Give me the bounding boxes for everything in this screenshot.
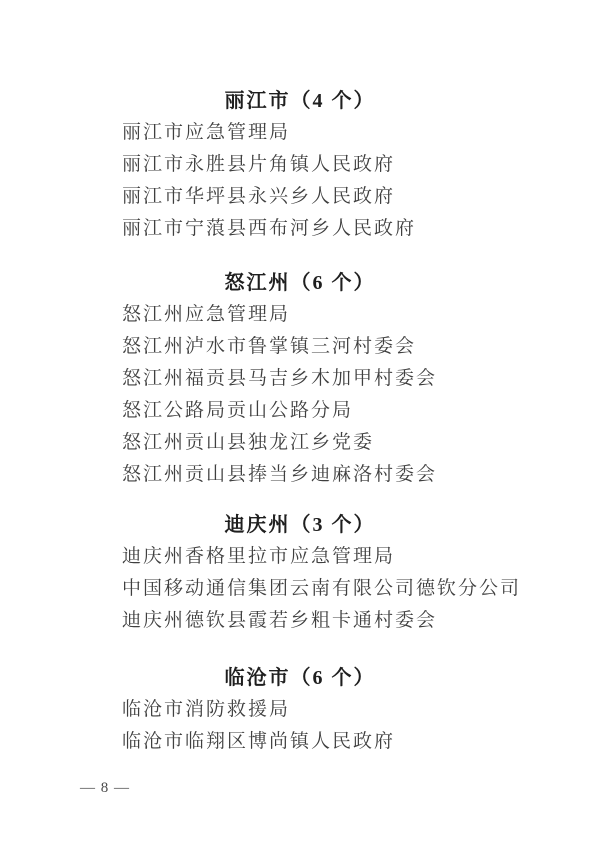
org-list-item: 迪庆州德钦县霞若乡粗卡通村委会 <box>122 605 600 637</box>
org-list: 临沧市消防救援局 临沧市临翔区博尚镇人民政府 <box>0 694 600 758</box>
org-list-item: 怒江公路局贡山公路分局 <box>122 395 600 427</box>
org-list-item: 临沧市临翔区博尚镇人民政府 <box>122 726 600 758</box>
org-list-item: 中国移动通信集团云南有限公司德钦分公司 <box>122 573 600 605</box>
section-lijiang: 丽江市（4 个） 丽江市应急管理局 丽江市永胜县片角镇人民政府 丽江市华坪县永兴… <box>0 85 600 245</box>
org-list-item: 丽江市应急管理局 <box>122 117 600 149</box>
section-title: 迪庆州（3 个） <box>0 509 600 541</box>
org-list-item: 临沧市消防救援局 <box>122 694 600 726</box>
section-nujiang: 怒江州（6 个） 怒江州应急管理局 怒江州泸水市鲁掌镇三河村委会 怒江州福贡县马… <box>0 267 600 491</box>
org-list: 迪庆州香格里拉市应急管理局 中国移动通信集团云南有限公司德钦分公司 迪庆州德钦县… <box>0 541 600 637</box>
org-list-item: 丽江市宁蒗县西布河乡人民政府 <box>122 213 600 245</box>
org-list-item: 怒江州福贡县马吉乡木加甲村委会 <box>122 363 600 395</box>
org-list-item: 丽江市华坪县永兴乡人民政府 <box>122 181 600 213</box>
org-list-item: 怒江州贡山县捧当乡迪麻洛村委会 <box>122 459 600 491</box>
org-list: 丽江市应急管理局 丽江市永胜县片角镇人民政府 丽江市华坪县永兴乡人民政府 丽江市… <box>0 117 600 245</box>
section-title: 怒江州（6 个） <box>0 267 600 299</box>
org-list-item: 怒江州应急管理局 <box>122 299 600 331</box>
org-list-item: 迪庆州香格里拉市应急管理局 <box>122 541 600 573</box>
section-title: 丽江市（4 个） <box>0 85 600 117</box>
page-number: — 8 — <box>80 778 600 798</box>
document-page: 丽江市（4 个） 丽江市应急管理局 丽江市永胜县片角镇人民政府 丽江市华坪县永兴… <box>0 0 600 848</box>
section-diqing: 迪庆州（3 个） 迪庆州香格里拉市应急管理局 中国移动通信集团云南有限公司德钦分… <box>0 509 600 637</box>
org-list-item: 怒江州贡山县独龙江乡党委 <box>122 427 600 459</box>
section-title: 临沧市（6 个） <box>0 662 600 694</box>
document-content: 丽江市（4 个） 丽江市应急管理局 丽江市永胜县片角镇人民政府 丽江市华坪县永兴… <box>0 0 600 848</box>
section-lincang: 临沧市（6 个） 临沧市消防救援局 临沧市临翔区博尚镇人民政府 <box>0 662 600 758</box>
org-list-item: 丽江市永胜县片角镇人民政府 <box>122 149 600 181</box>
org-list: 怒江州应急管理局 怒江州泸水市鲁掌镇三河村委会 怒江州福贡县马吉乡木加甲村委会 … <box>0 299 600 491</box>
org-list-item: 怒江州泸水市鲁掌镇三河村委会 <box>122 331 600 363</box>
